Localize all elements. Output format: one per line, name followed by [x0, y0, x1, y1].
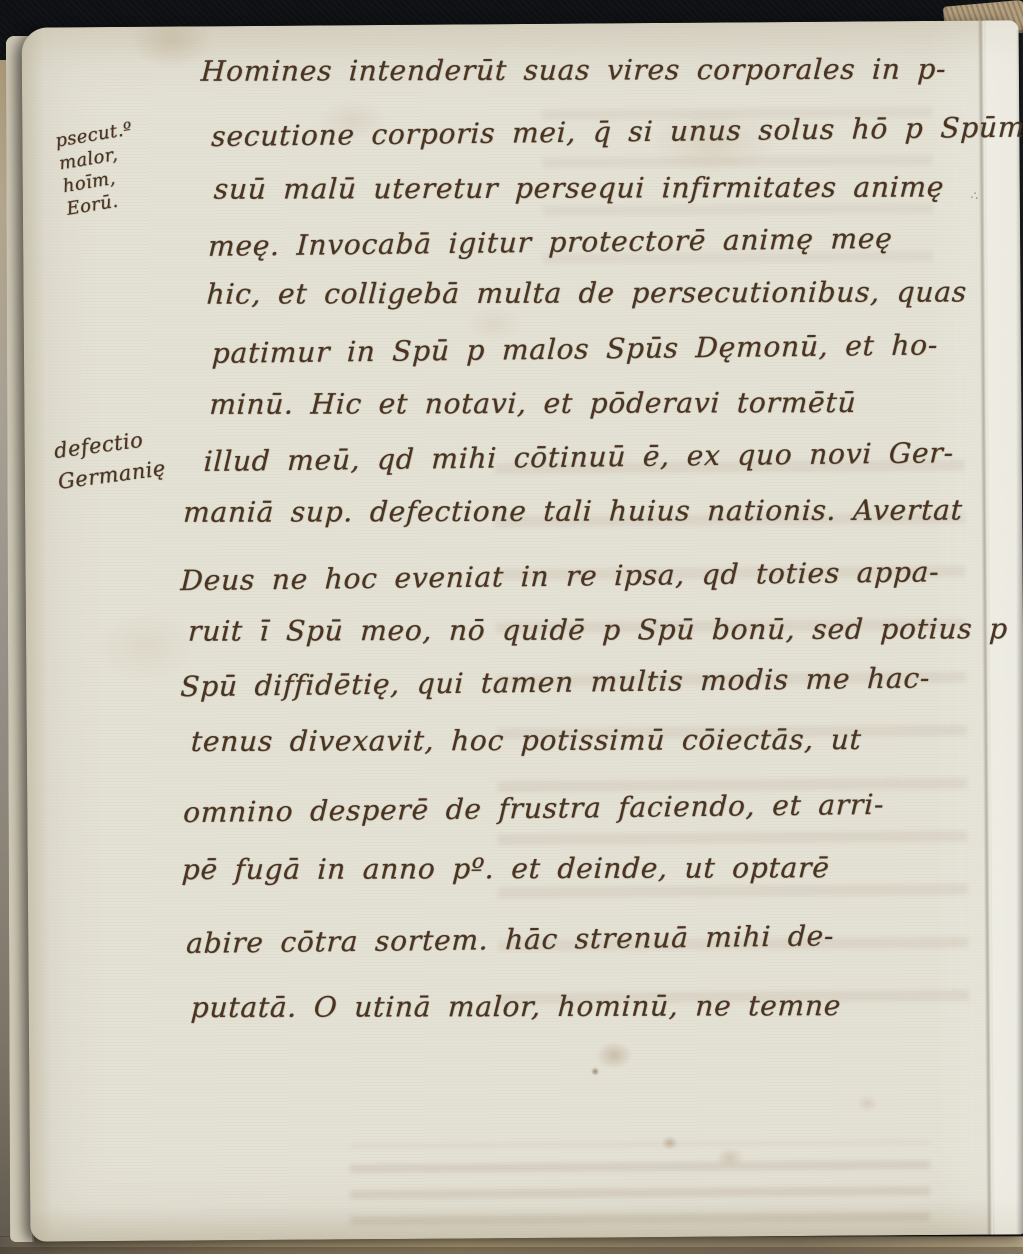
text-line-11: ruit ī Spū meo, nō quidē p Spū bonū, sed…	[187, 606, 1009, 654]
text-line-16: abire cōtra sortem. hāc strenuā mihi de-	[185, 913, 835, 967]
ink-bleedthrough	[350, 1141, 931, 1225]
text-line-15: pē fugā in anno pº. et deinde, ut optarē	[181, 845, 831, 893]
text-line-2: secutione corporis mei, q̄ si unus solus…	[210, 105, 1023, 161]
text-line-9: maniā sup. defectione tali huius nationi…	[182, 487, 964, 535]
text-line-17: putatā. O utinā malor, hominū, ne temne	[190, 983, 843, 1031]
text-line-14: omnino desperē de frustra faciendo, et a…	[182, 782, 885, 836]
bottom-edge-shadow	[0, 1247, 1023, 1254]
text-line-3: suū malū uteretur persequi infirmitates …	[213, 164, 946, 212]
text-line-8: illud meū, qd mihi cōtinuū ē, ex quo nov…	[203, 430, 955, 485]
margin-note-defectio: defectio Germanię	[52, 422, 167, 497]
text-line-1: Homines intenderūt suas vires corporales…	[200, 47, 948, 95]
text-line-5: hic, et colligebā multa de persecutionib…	[205, 269, 968, 317]
right-edge-shadow	[1016, 30, 1023, 1234]
text-line-10: Deus ne hoc eveniat in re ipsa, qd totie…	[180, 549, 941, 604]
text-line-12: Spū diffidētię, qui tamen multis modis m…	[179, 655, 931, 710]
manuscript-page: psecut.º malor, hoīm, Eorū. defectio Ger…	[22, 20, 1023, 1241]
text-line-4: meę. Invocabā igitur protectorē animę me…	[207, 216, 893, 270]
manuscript-photo: psecut.º malor, hoīm, Eorū. defectio Ger…	[0, 0, 1023, 1254]
text-line-13: tenus divexavit, hoc potissimū cōiectās,…	[190, 717, 863, 765]
margin-note-persecutio: psecut.º malor, hoīm, Eorū.	[54, 117, 146, 220]
text-line-7: minū. Hic et notavi, et pōderavi tormētū	[208, 380, 857, 428]
text-line-6: patimur in Spū p malos Spūs Dęmonū, et h…	[211, 322, 939, 377]
